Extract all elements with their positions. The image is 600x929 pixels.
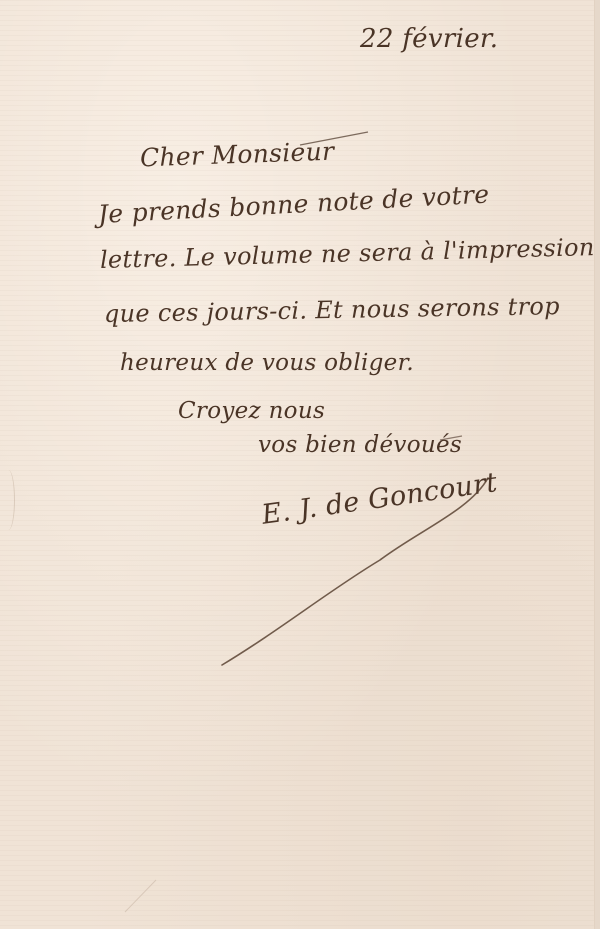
letter-paper: 22 février. Cher Monsieur Je prends bonn…	[0, 0, 595, 929]
closing-line-1: Croyez nous	[178, 398, 325, 424]
signature: E. J. de Goncourt	[260, 467, 499, 531]
body-line-4: heureux de vous obliger.	[120, 350, 414, 376]
body-line-3: que ces jours-ci. Et nous serons trop	[104, 292, 560, 328]
letter-salutation: Cher Monsieur	[140, 137, 335, 173]
paper-edge-curl	[2, 470, 15, 530]
body-line-2: lettre. Le volume ne sera à l'impression	[100, 233, 595, 274]
body-line-1: Je prends bonne note de votre	[97, 180, 490, 229]
closing-line-2: vos bien dévoués	[258, 432, 462, 458]
letter-date: 22 février.	[360, 24, 498, 54]
